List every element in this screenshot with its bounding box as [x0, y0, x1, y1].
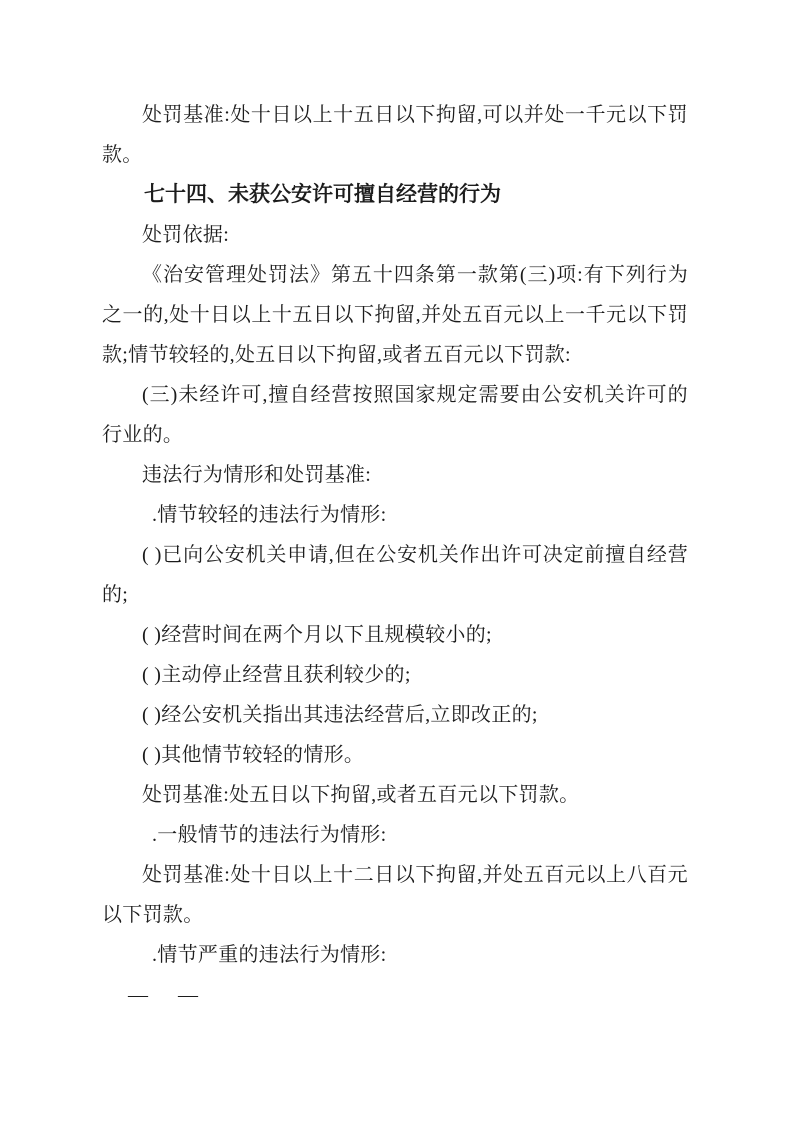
body-paragraph: 处罚基准:处十日以上十五日以下拘留,可以并处一千元以下罚款。: [102, 95, 688, 175]
document-page: 处罚基准:处十日以上十五日以下拘留,可以并处一千元以下罚款。七十四、未获公安许可…: [0, 0, 793, 1122]
list-item-paragraph: ( )已向公安机关申请,但在公安机关作出许可决定前擅自经营的;: [102, 535, 688, 615]
body-paragraph: 处罚依据:: [102, 215, 688, 255]
list-label-paragraph: .情节严重的违法行为情形:: [102, 935, 688, 975]
list-item-paragraph: ( )经营时间在两个月以下且规模较小的;: [102, 615, 688, 655]
page-number-dashes: — —: [102, 975, 688, 1015]
body-paragraph: 违法行为情形和处罚基准:: [102, 455, 688, 495]
body-paragraph: 处罚基准:处五日以下拘留,或者五百元以下罚款。: [102, 775, 688, 815]
list-item-paragraph: ( )其他情节较轻的情形。: [102, 735, 688, 775]
body-paragraph: 处罚基准:处十日以上十二日以下拘留,并处五百元以上八百元以下罚款。: [102, 855, 688, 935]
section-heading: 七十四、未获公安许可擅自经营的行为: [102, 175, 688, 215]
document-content: 处罚基准:处十日以上十五日以下拘留,可以并处一千元以下罚款。七十四、未获公安许可…: [102, 95, 688, 1015]
list-label-paragraph: .一般情节的违法行为情形:: [102, 815, 688, 855]
body-paragraph: 《治安管理处罚法》第五十四条第一款第(三)项:有下列行为之一的,处十日以上十五日…: [102, 255, 688, 375]
list-label-paragraph: .情节较轻的违法行为情形:: [102, 495, 688, 535]
body-paragraph: (三)未经许可,擅自经营按照国家规定需要由公安机关许可的行业的。: [102, 375, 688, 455]
list-item-paragraph: ( )经公安机关指出其违法经营后,立即改正的;: [102, 695, 688, 735]
list-item-paragraph: ( )主动停止经营且获利较少的;: [102, 655, 688, 695]
